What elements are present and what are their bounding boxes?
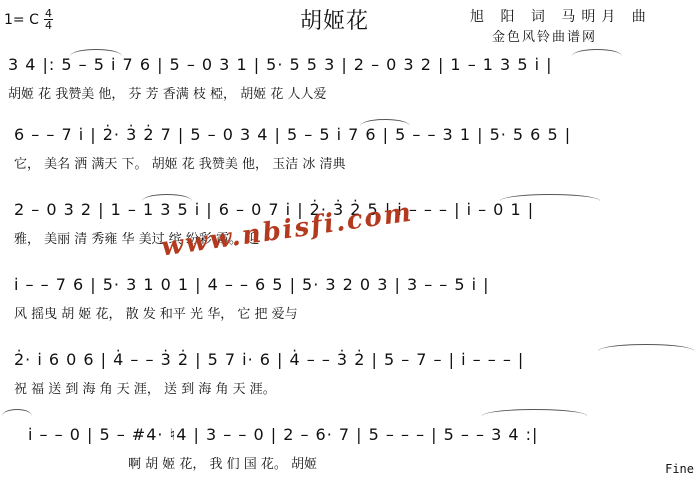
score-line-5: 2̇· i̇ 6 0 6 | 4̇ – – 3̇ 2̇ | 5 7 i̇· 6 … [0,350,700,400]
notes-line-5: 2̇· i̇ 6 0 6 | 4̇ – – 3̇ 2̇ | 5 7 i̇· 6 … [14,350,700,374]
lyrics-line-6: 啊 胡 姬 花， 我 们 国 花。 胡姬 [128,453,317,472]
song-title: 胡姬花 [300,4,369,35]
score-line-4: i̇ – – 7 6 | 5· 3 1 0 1 | 4 – – 6 5 | 5·… [0,275,700,325]
lyrics-line-5: 祝 福 送 到 海 角 天 涯， 送 到 海 角 天 涯。 [14,378,276,397]
lyrics-line-1: 胡姬 花 我赞美 他， 芬 芳 香满 枝 椏， 胡姬 花 人人爱 [8,83,326,102]
notes-line-4: i̇ – – 7 6 | 5· 3 1 0 1 | 4 – – 6 5 | 5·… [14,275,700,299]
score-line-1: 3 4 |: 5 – 5 i̇ 7 6 | 5 – 0 3 1 | 5· 5 5… [0,55,700,105]
slur [70,49,122,56]
fine-mark: Fine [665,462,694,476]
slur [500,194,600,201]
lyrics-line-2: 它， 美名 洒 满天 下。 胡姬 花 我赞美 他， 玉洁 冰 清典 [14,153,345,172]
key-signature: 1= C [4,12,39,28]
score-line-6: i̇ – – 0 | 5 – #4· ♮4 | 3 – – 0 | 2 – 6·… [0,425,700,475]
score-line-2: 6 – – 7 i̇ | 2̇· 3̇ 2̇ 7 | 5 – 0 3 4 | 5… [0,125,700,175]
time-signature: 4 4 [44,8,53,31]
slur [572,49,622,56]
lyrics-line-4: 风 摇曳 胡 姬 花， 散 发 和平 光 华， 它 把 爱与 [14,303,298,322]
credits: 旭 阳 词 马明月 曲 [470,6,652,26]
site-name: 金色风铃曲谱网 [492,26,597,45]
slur [598,344,694,351]
slur [482,409,587,416]
notes-line-6: i̇ – – 0 | 5 – #4· ♮4 | 3 – – 0 | 2 – 6·… [28,425,700,449]
slur [142,194,192,201]
notes-line-1: 3 4 |: 5 – 5 i̇ 7 6 | 5 – 0 3 1 | 5· 5 5… [8,55,700,79]
slur [360,119,410,126]
notes-line-2: 6 – – 7 i̇ | 2̇· 3̇ 2̇ 7 | 5 – 0 3 4 | 5… [14,125,700,149]
slur [2,409,32,416]
